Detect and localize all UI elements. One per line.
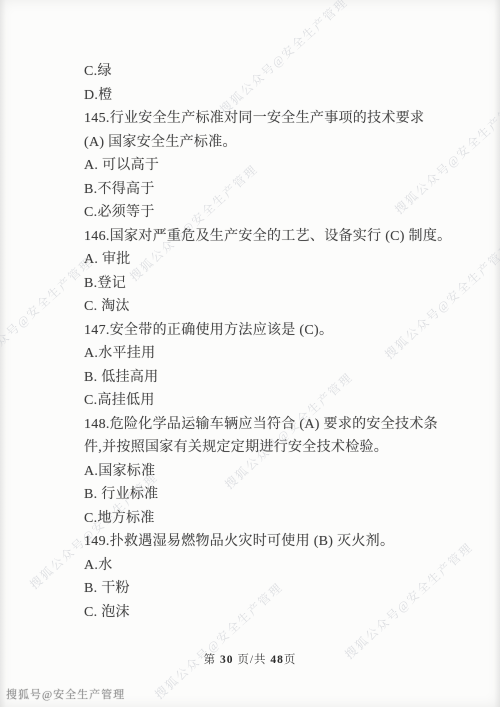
- text-line: B. 行业标准: [84, 483, 484, 507]
- page-number-footer: 第 30 页/共 48页: [0, 651, 500, 667]
- text-line: C.地方标准: [84, 507, 484, 531]
- text-line: 147.安全带的正确使用方法应该是 (C)。: [84, 319, 484, 343]
- footer-label-mid: 页/共: [237, 654, 266, 666]
- sohu-account-credit: 搜狐号@安全生产管理: [6, 686, 125, 702]
- total-page-count: 48: [270, 654, 284, 666]
- text-line: D.橙: [84, 84, 484, 108]
- text-line: A. 可以高于: [84, 154, 484, 178]
- text-line: 件,并按照国家有关规定定期进行安全技术检验。: [84, 436, 484, 460]
- text-line: 146.国家对严重危及生产安全的工艺、设备实行 (C) 制度。: [84, 225, 484, 249]
- text-line: C.绿: [84, 60, 484, 84]
- text-line: A.国家标准: [84, 460, 484, 484]
- diagonal-watermark-text: 搜狐公众号@安全生产管理: [0, 253, 96, 377]
- text-line: B. 低挂高用: [84, 366, 484, 390]
- text-line: C.高挂低用: [84, 389, 484, 413]
- text-line: A.水: [84, 554, 484, 578]
- text-line: A. 审批: [84, 248, 484, 272]
- question-text-block: C.绿D.橙145.行业安全生产标准对同一安全生产事项的技术要求(A) 国家安全…: [84, 60, 484, 624]
- text-line: A.水平挂用: [84, 342, 484, 366]
- text-line: (A) 国家安全生产标准。: [84, 131, 484, 155]
- text-line: B. 干粉: [84, 577, 484, 601]
- footer-label-pre: 第: [204, 654, 217, 666]
- scanned-document-page: 搜狐公众号@安全生产管理搜狐公众号@安全生产管理搜狐公众号@安全生产管理搜狐公众…: [0, 0, 500, 707]
- text-line: 148.危险化学品运输车辆应当符合 (A) 要求的安全技术条: [84, 413, 484, 437]
- text-line: C. 淘汰: [84, 295, 484, 319]
- text-line: B.登记: [84, 272, 484, 296]
- text-line: C. 泡沫: [84, 601, 484, 625]
- text-line: B.不得高于: [84, 178, 484, 202]
- text-line: 149.扑救遇湿易燃物品火灾时可使用 (B) 灭火剂。: [84, 530, 484, 554]
- text-line: C.必须等于: [84, 201, 484, 225]
- text-line: 145.行业安全生产标准对同一安全生产事项的技术要求: [84, 107, 484, 131]
- footer-label-suffix: 页: [284, 654, 297, 666]
- current-page-number: 30: [220, 654, 234, 666]
